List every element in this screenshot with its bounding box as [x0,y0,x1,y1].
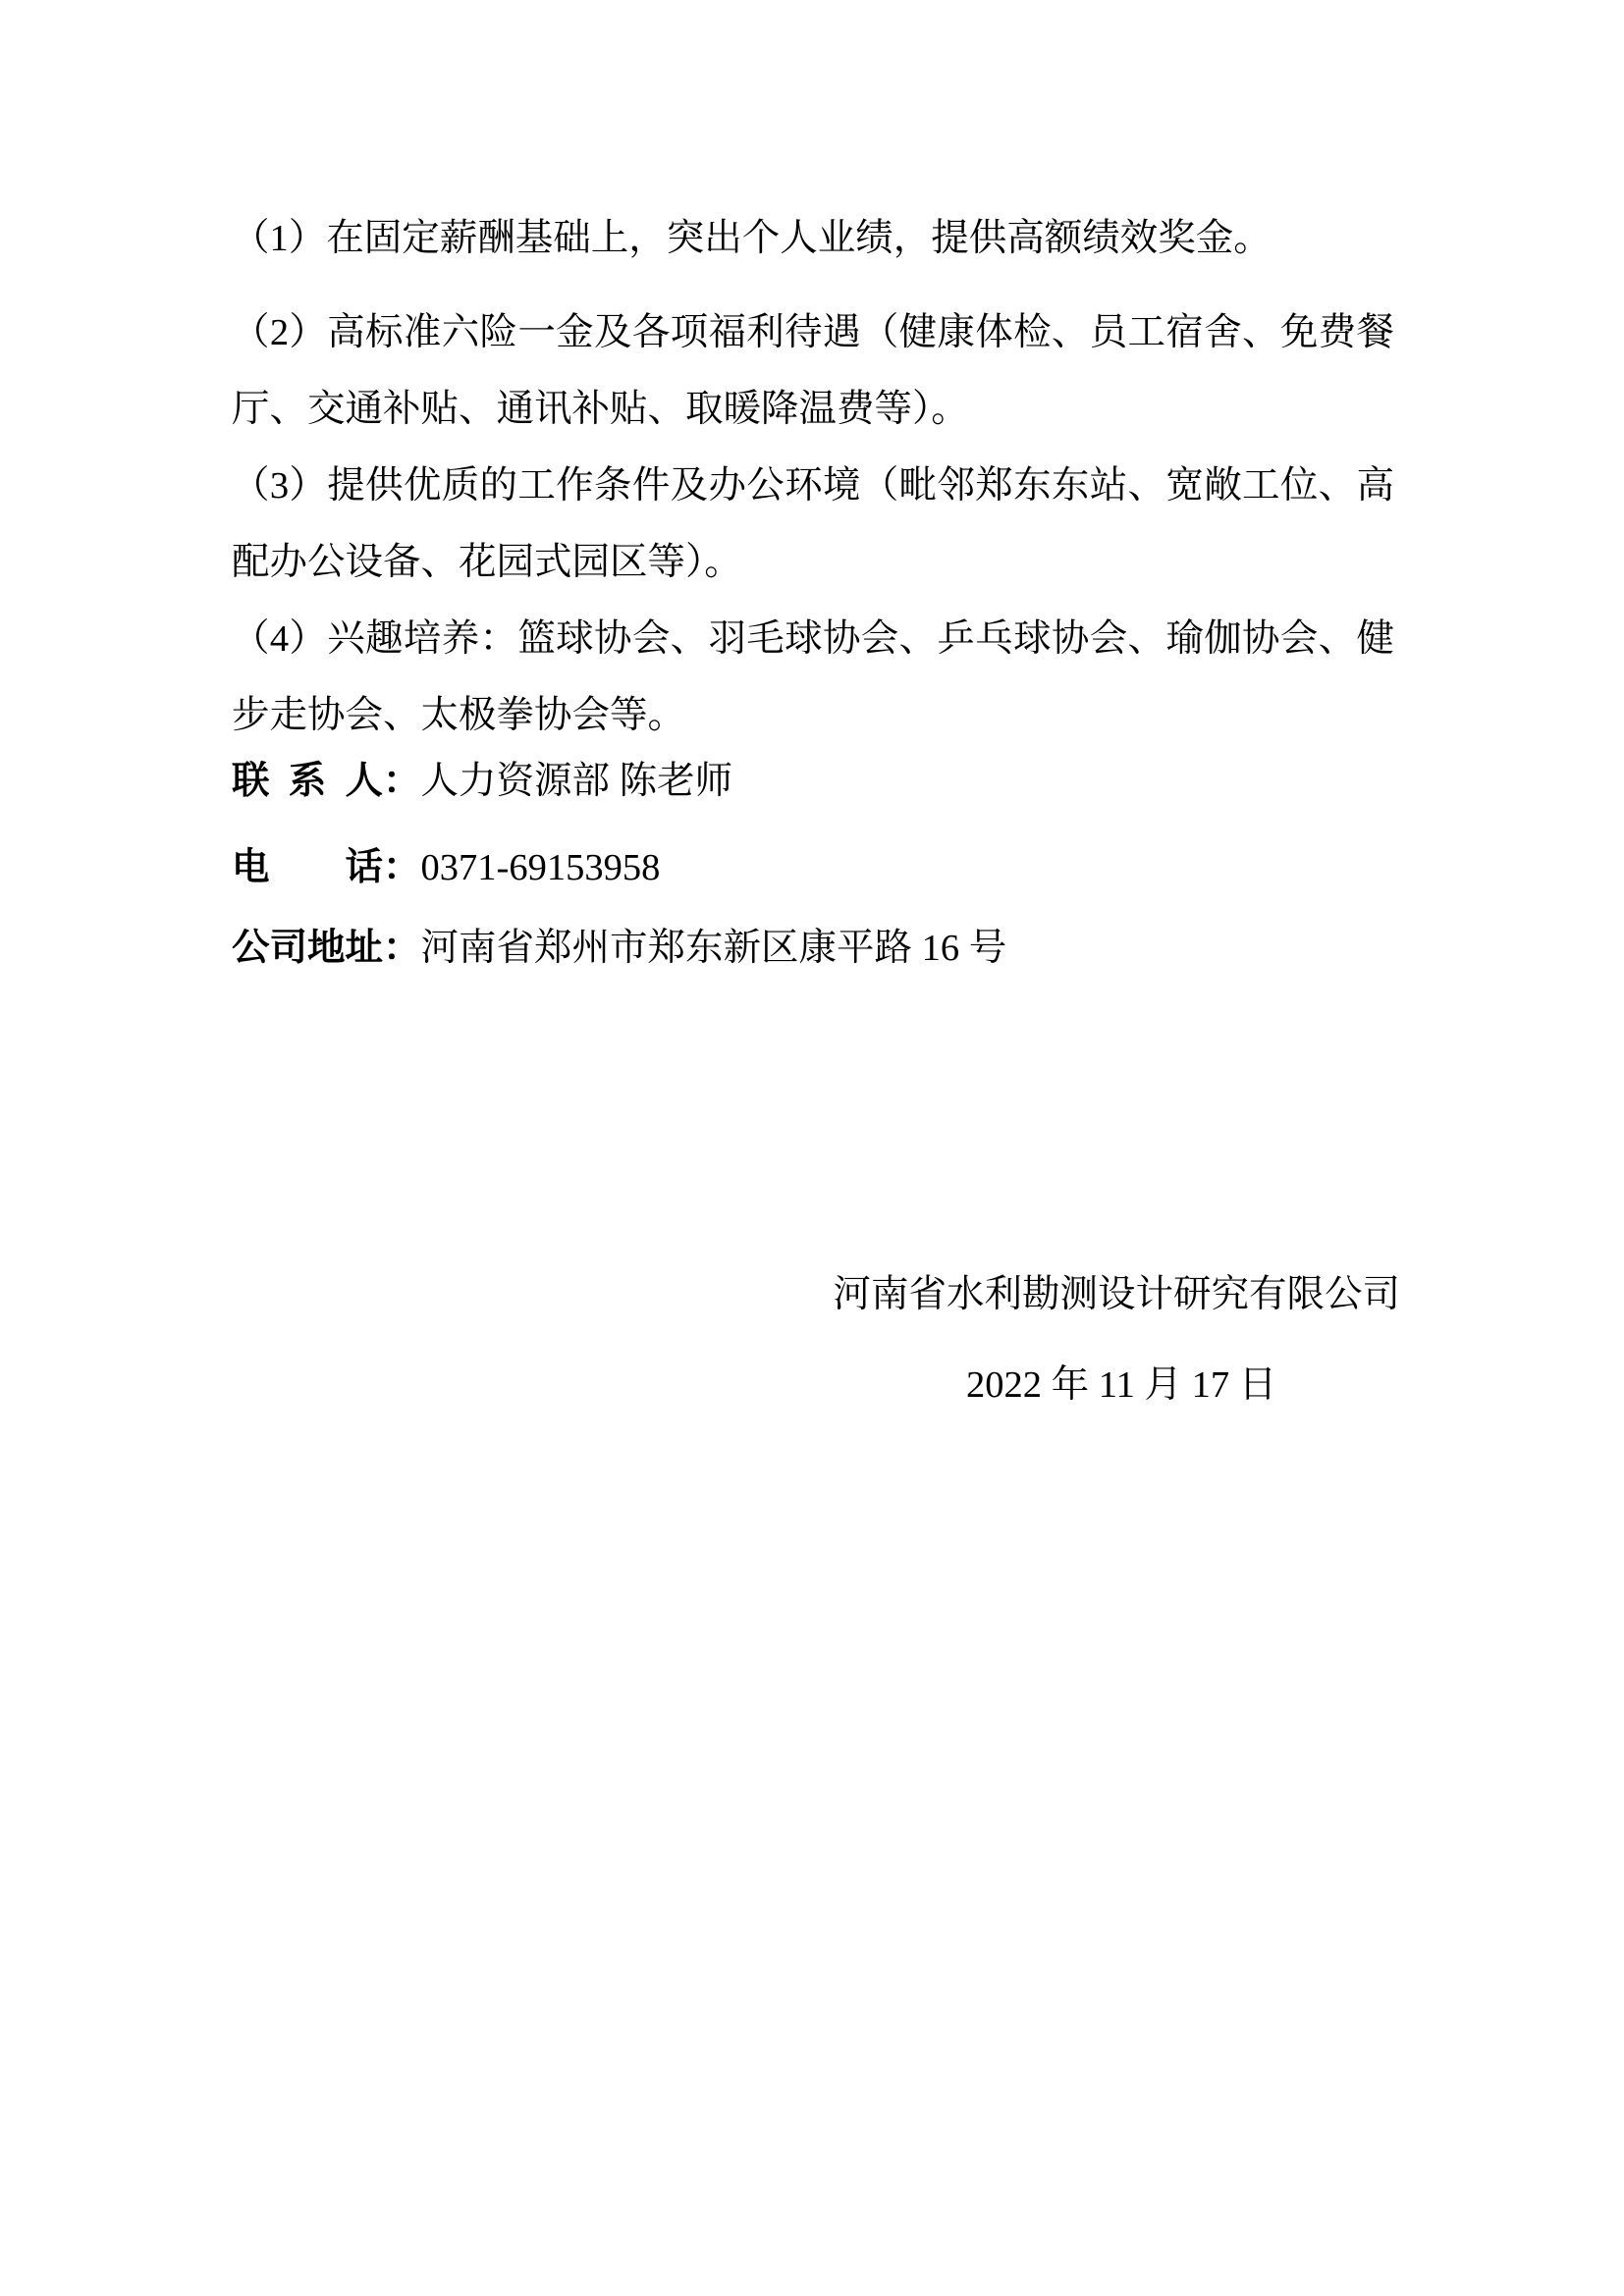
address-colon: ： [383,928,421,969]
paragraph-2-line-1: （2）高标准六险一金及各项福利待遇（健康体检、员工宿舍、免费餐 [232,309,1394,356]
document-page: （1）在固定薪酬基础上，突出个人业绩，提供高额绩效奖金。 （2）高标准六险一金及… [0,0,1624,2296]
paragraph-4-line-1: （4）兴趣培养：篮球协会、羽毛球协会、乒乓球协会、瑜伽协会、健 [232,615,1394,663]
contact-person-label: 联系人 [232,758,383,805]
address-value: 河南省郑州市郑东新区康平路 16 号 [421,928,1007,969]
paragraph-3-line-2: 配办公设备、花园式园区等）。 [232,539,1394,586]
contact-person-row: 联系人：人力资源部 陈老师 [232,758,1394,805]
phone-label: 电话 [232,844,383,891]
phone-value: 0371-69153958 [421,847,661,888]
contact-person-colon: ： [383,761,421,802]
signature-company: 河南省水利勘测设计研究有限公司 [833,1271,1400,1318]
contact-person-value: 人力资源部 陈老师 [421,761,733,802]
paragraph-4-line-2: 步走协会、太极拳协会等。 [232,692,1394,739]
address-row: 公司地址：河南省郑州市郑东新区康平路 16 号 [232,925,1394,972]
signature-date: 2022 年 11 月 17 日 [966,1362,1276,1409]
address-label: 公司地址 [232,925,383,972]
phone-colon: ： [383,847,421,888]
paragraph-1-line-1: （1）在固定薪酬基础上，突出个人业绩，提供高额绩效奖金。 [232,215,1394,262]
paragraph-2-line-2: 厅、交通补贴、通讯补贴、取暖降温费等）。 [232,386,1394,433]
phone-row: 电话：0371-69153958 [232,844,1394,891]
paragraph-3-line-1: （3）提供优质的工作条件及办公环境（毗邻郑东东站、宽敞工位、高 [232,462,1394,509]
